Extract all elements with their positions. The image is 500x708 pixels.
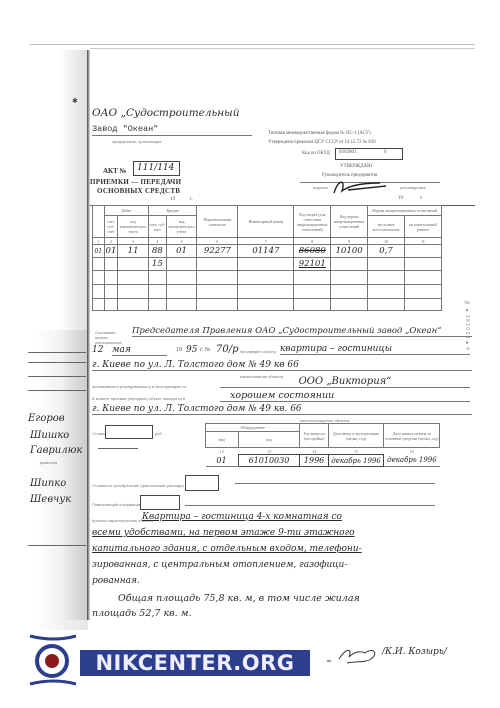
coefficient-underline	[185, 505, 435, 506]
cell-depreciation-start: декабрь 1996	[384, 455, 440, 467]
depreciation-start-header: Дата начала оплаты за основные средства …	[384, 424, 440, 448]
basis-label: Основание: приказ, распоряжение	[95, 330, 130, 345]
equipment-header: Оборудование	[206, 424, 300, 432]
approve-label: УТВЕРЖДАЮ	[340, 164, 372, 169]
org-name-line1: ОАО „Судостроительный	[92, 107, 240, 119]
form-line1: Типовая межведомственная форма № ОС-1 (А…	[268, 131, 371, 136]
debit-analytic-header: код аналитического учета	[118, 216, 149, 238]
cell-debit-analytic: 11	[118, 245, 149, 258]
commission-date-header: Дата ввода в эксплуатацию (месяц, год)	[328, 424, 384, 448]
characteristic-line-5: рованная.	[92, 576, 140, 586]
okud-code: 0302001	[339, 150, 357, 155]
page-top-edge-inner	[90, 48, 475, 49]
spine-shadow	[60, 50, 90, 620]
cell-index: 01	[93, 245, 105, 258]
cell-kind: 01	[206, 455, 239, 467]
page-top-edge	[30, 44, 475, 45]
org-name-line2: Завод "Океан"	[92, 124, 158, 134]
equipment-table: Оборудование Год выпуска (постройки) Дат…	[205, 423, 440, 467]
cell-commission-date: декабрь 1996	[328, 455, 384, 467]
okud-label: Код по ОКУД	[302, 151, 330, 156]
cost-currency: руб.	[155, 431, 163, 436]
col-num: 4	[148, 238, 166, 245]
characteristic-line-2: всеми удобствами, на первом этаже 9-ти э…	[92, 528, 355, 538]
table-row: 01 61010030 1996 декабрь 1996 декабрь 19…	[206, 455, 440, 467]
org-underline	[92, 135, 252, 136]
received-label: принимаемого (передаваемого) в эксплуата…	[92, 384, 186, 389]
characteristic-line-4: зированная, с центральным отоплением, га…	[92, 560, 347, 570]
col-num: 3	[118, 238, 149, 245]
cell-cost-code-crossed: 86080	[294, 245, 331, 258]
coefficient-box	[140, 495, 180, 510]
column-number-row: 1 2 3 4 5 6 7 8 9 10 11	[93, 238, 442, 245]
col-num: 12	[206, 448, 239, 455]
year-header: Год выпуска (постройки)	[300, 424, 328, 448]
act-date-suffix: г.	[190, 197, 193, 202]
left-caption: фамилия	[40, 460, 57, 465]
org-caption: предприятие, организация	[112, 139, 161, 144]
date-month: мая	[112, 345, 167, 356]
col-num: 9	[331, 238, 368, 245]
cell-full-restoration: 0,7	[368, 245, 405, 258]
col-num: 8	[294, 238, 331, 245]
okud-check: 6	[384, 150, 387, 155]
form-line2: Утверждена приказом ЦСУ СССР от 14.12.72…	[268, 140, 376, 145]
left-name-3: Гаврилюк	[30, 445, 82, 456]
receiver-name: /К.И. Козырь/	[382, 647, 447, 657]
col-num: 14	[300, 448, 328, 455]
received-from: ООО „Виктория“	[220, 376, 470, 388]
debit-header: Дебет	[104, 206, 148, 216]
left-name-5: Шевчук	[30, 494, 71, 505]
code-header: код	[238, 432, 300, 448]
debit-subaccount-header: счет, суб-счет	[104, 216, 118, 238]
object-name: квартира – гостиницы	[280, 344, 470, 355]
cell-original-cost: 92277	[197, 245, 238, 258]
margin-stamp: № ● 1 9 2 0 1 8 ● 4	[464, 300, 470, 350]
approve-date-year: 19	[398, 196, 403, 201]
col-num: 15	[328, 448, 384, 455]
depreciation-norms-header: Нормы амортизационных отчислений	[368, 206, 442, 216]
left-name-1: Егоров	[28, 413, 65, 424]
capital-repair-header: на капитальный ремонт	[405, 216, 442, 238]
act-number: 111/114	[133, 161, 180, 176]
okud-code-box: 0302001 6	[335, 148, 403, 160]
table-row: 15 92101	[93, 258, 442, 271]
order-label: г. №	[200, 347, 211, 353]
inventory-number-header: Инвентарный номер	[238, 206, 294, 238]
col-num: 11	[405, 238, 442, 245]
left-name-2: Шишко	[30, 430, 69, 441]
credit-header: Кредит	[148, 206, 196, 216]
full-restoration-header: на полное восстановление	[368, 216, 405, 238]
table-row: 01 01 11 88 01 92277 01147 86080 10100 0…	[93, 245, 442, 258]
act-title-line2: ОСНОВНЫХ СРЕДСТВ	[97, 187, 180, 195]
left-name-4: Шипко	[30, 478, 66, 489]
acquisition-label: Стоимость приобретения (фактические расх…	[92, 483, 184, 488]
col-num: 2	[104, 238, 118, 245]
col-num: 16	[384, 448, 440, 455]
act-date-year: 19	[170, 197, 175, 202]
condition-label: В момент приемки (передачи) объект наход…	[92, 396, 185, 401]
star-mark: ✱	[72, 97, 78, 105]
binding-spine	[87, 50, 90, 620]
col-num: 7	[238, 238, 294, 245]
fraction-line	[98, 448, 138, 449]
cell-year: 1996	[300, 455, 328, 467]
cell-capital-repair	[405, 245, 442, 258]
acquisition-box	[185, 475, 219, 491]
act-label: АКТ №	[103, 167, 127, 175]
watermark-band: NIKCENTER.ORG	[80, 650, 310, 676]
cost-box	[105, 425, 153, 439]
cell-code: 61010030	[238, 455, 300, 467]
location-value: г. Киеве по ул. Л. Толстого дом № 49 кв.…	[92, 404, 472, 415]
acquisition-underline	[235, 483, 435, 484]
inspection-label: произведен осмотр	[240, 349, 276, 354]
approve-date-suffix: г.	[420, 196, 423, 201]
cell-debit-subaccount: 01	[104, 245, 118, 258]
col-num: 5	[166, 238, 197, 245]
cell-cost-code-2: 92101	[294, 258, 331, 271]
receiver-signature	[325, 645, 385, 667]
coefficient-label: Повышающий коэффициент	[92, 502, 145, 507]
credit-analytic-header: код аналитического учета	[166, 216, 197, 238]
cell-credit-subaccount-2: 15	[148, 258, 166, 271]
act-title-line1: ПРИЕМКИ — ПЕРЕДАЧИ	[90, 178, 181, 186]
kind-header: вид	[206, 432, 239, 448]
cell-depreciation-norm-code: 10100	[331, 245, 368, 258]
col-num: 1	[93, 238, 105, 245]
col-num: 6	[197, 238, 238, 245]
nikcenter-logo-icon	[28, 632, 80, 688]
object-address: г. Киеве по ул. Л. Толстого дом № 49 кв …	[92, 360, 472, 371]
original-cost-header: Первоначальная стоимость	[197, 206, 238, 238]
cost-code-header: Код затрат (для отнесения амортизационны…	[294, 206, 331, 238]
left-page-rule	[28, 545, 86, 546]
director-signature	[330, 177, 390, 197]
date-year: 95	[186, 345, 197, 355]
cell-inventory-number: 01147	[238, 245, 294, 258]
date-day: 12	[92, 345, 103, 355]
characteristic-line-1: Квартира – гостиница 4-х комнатная со	[142, 512, 342, 522]
basis-value: Председателя Правления ОАО „Судостроител…	[132, 326, 472, 337]
characteristic-line-6: Общая площадь 75,8 кв. м, в том числе жи…	[118, 593, 360, 604]
cell-credit-analytic: 01	[166, 245, 197, 258]
condition-value: хорошем состоянии	[220, 390, 470, 402]
depreciation-norm-code-header: Код нормы амортизационных отчислений	[331, 206, 368, 238]
col-num: 13	[238, 448, 300, 455]
col-num: 10	[368, 238, 405, 245]
characteristic-line-7: площадь 52,7 кв. м.	[92, 608, 192, 619]
cell-credit-subaccount: 88	[148, 245, 166, 258]
credit-subaccount-header: счет, суб-счет	[148, 216, 166, 238]
approve-sign-caption: подпись	[313, 185, 328, 190]
characteristic-line-3: капитального здания, с отдельным входом,…	[92, 544, 362, 554]
col-index-header	[93, 206, 105, 238]
approve-name-caption: расшифровка	[400, 185, 426, 190]
accounts-table: Дебет Кредит Первоначальная стоимость Ин…	[92, 205, 442, 311]
order-number: 70/р	[216, 344, 239, 355]
